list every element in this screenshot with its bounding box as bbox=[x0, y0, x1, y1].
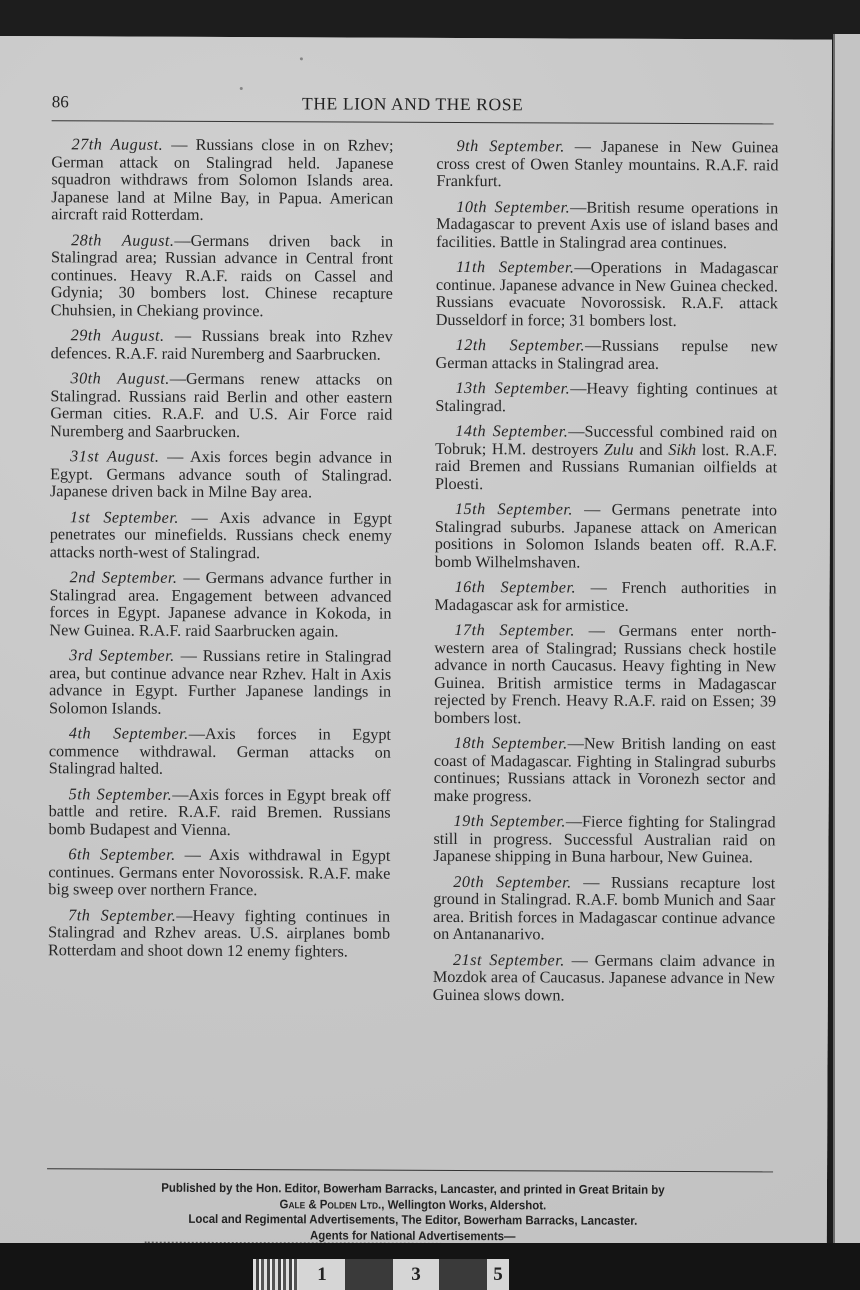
entry-date: 14th September. bbox=[455, 422, 568, 440]
page-header: 86 THE LION AND THE ROSE bbox=[52, 92, 774, 124]
entry-date: 5th September. bbox=[69, 785, 173, 803]
entry-dash: — bbox=[585, 337, 601, 355]
chronology-entry: 10th September.—British resume oper­atio… bbox=[436, 198, 778, 252]
color-scale-bar: 1 3 5 bbox=[253, 1259, 509, 1290]
entry-date: 31st August. bbox=[70, 447, 159, 465]
entry-dash: — bbox=[568, 422, 584, 440]
entry-dash: — bbox=[565, 137, 601, 155]
left-column: 27th August. — Russians close in on Rzhe… bbox=[48, 136, 394, 968]
chronology-entry: 9th September. — Japanese in New Guinea … bbox=[436, 138, 778, 192]
chronology-entry: 19th September.—Fierce fighting for Stal… bbox=[433, 813, 775, 867]
printer-address: , Wellington Works, Aldershot. bbox=[381, 1197, 546, 1212]
entry-dash: — bbox=[170, 370, 186, 388]
scale-bar-dark-patch bbox=[439, 1259, 487, 1290]
scale-bar-label-5: 5 bbox=[487, 1259, 509, 1290]
entry-date: 7th September. bbox=[68, 906, 176, 924]
entry-date: 11th September. bbox=[456, 258, 575, 277]
chronology-entry: 16th September. — French authorities in … bbox=[434, 579, 776, 615]
entry-dash: — bbox=[175, 647, 203, 665]
entry-date: 27th August. bbox=[71, 135, 163, 153]
scale-bar-dark-patch bbox=[345, 1259, 393, 1290]
entry-date: 6th September. bbox=[68, 845, 175, 863]
paper-speck bbox=[300, 57, 303, 60]
chronology-entry: 13th September.—Heavy fighting con­tinue… bbox=[435, 380, 777, 416]
entry-dash: — bbox=[189, 725, 205, 743]
chronology-entry: 21st September. — Germans claim ad­vance… bbox=[433, 951, 775, 1005]
entry-dash: — bbox=[179, 508, 220, 526]
chronology-entry: 12th September.—Russians repulse new Ger… bbox=[436, 337, 778, 373]
entry-dash: — bbox=[575, 622, 619, 640]
entry-dash: — bbox=[159, 448, 190, 466]
scale-bar-label-3: 3 bbox=[393, 1259, 439, 1290]
chronology-entry: 30th August.—Germans renew attacks on St… bbox=[50, 370, 392, 441]
chronology-entry: 1st September. — Axis advance in Egypt p… bbox=[50, 509, 392, 563]
scale-bar-pattern bbox=[253, 1259, 299, 1290]
entry-date: 28th August. bbox=[71, 231, 174, 249]
entry-date: 9th September. bbox=[456, 137, 564, 155]
printer-name: Gale & Polden Ltd. bbox=[280, 1197, 382, 1211]
chronology-entry: 27th August. — Russians close in on Rzhe… bbox=[51, 136, 393, 225]
entry-dash: — bbox=[177, 569, 205, 587]
entry-dash: — bbox=[574, 259, 590, 277]
right-column: 9th September. — Japanese in New Guinea … bbox=[433, 138, 779, 1013]
entry-date: 13th September. bbox=[455, 379, 570, 398]
chronology-entry: 20th September. — Russians recapture los… bbox=[433, 873, 775, 944]
entry-date: 18th September. bbox=[454, 734, 568, 752]
chronology-entry: 11th September.—Operations in Mada­gasca… bbox=[436, 259, 778, 330]
entry-date: 17th September. bbox=[454, 621, 575, 640]
entry-dash: — bbox=[174, 231, 190, 249]
running-title: THE LION AND THE ROSE bbox=[52, 92, 774, 116]
entry-date: 10th September. bbox=[456, 197, 570, 215]
entry-date: 19th September. bbox=[454, 812, 566, 830]
chronology-entry: 28th August.—Germans driven back in Stal… bbox=[51, 232, 393, 321]
chronology-entry: 17th September. — Germans enter north-we… bbox=[434, 622, 776, 728]
ship-name: Sikh bbox=[668, 440, 696, 458]
adjacent-page-edge bbox=[833, 34, 860, 1246]
entry-dash: — bbox=[572, 873, 611, 891]
entry-date: 30th August. bbox=[70, 369, 169, 387]
entry-dash: — bbox=[176, 906, 192, 924]
entry-dash: — bbox=[568, 734, 584, 752]
chronology-entry: 14th September.—Successful combined raid… bbox=[435, 423, 777, 494]
entry-date: 16th September. bbox=[455, 578, 577, 597]
entry-dash: — bbox=[566, 812, 582, 830]
entry-dash: — bbox=[163, 136, 196, 154]
chronology-entry: 7th September.—Heavy fighting con­tinues… bbox=[48, 907, 390, 961]
paper-speck bbox=[379, 258, 382, 261]
entry-date: 3rd September. bbox=[69, 646, 174, 664]
chronology-entry: 31st August. — Axis forces begin ad­vanc… bbox=[50, 448, 392, 502]
chronology-entry: 18th September.—New British landing on e… bbox=[434, 735, 776, 806]
scan-top-border bbox=[0, 0, 860, 38]
chronology-entry: 29th August. — Russians break into Rzhev… bbox=[51, 327, 393, 363]
scale-bar-label-1: 1 bbox=[299, 1259, 345, 1290]
entry-dash: — bbox=[573, 501, 612, 519]
imprint-line-1: Published by the Hon. Editor, Bowerham B… bbox=[80, 1180, 746, 1198]
chronology-entry: 4th September.—Axis forces in Egypt comm… bbox=[49, 725, 391, 779]
chronology-entry: 6th September. — Axis withdrawal in Egyp… bbox=[48, 846, 390, 900]
entry-dash: — bbox=[176, 846, 209, 864]
entry-dash: — bbox=[570, 379, 586, 397]
entry-date: 15th September. bbox=[455, 500, 573, 519]
entry-date: 20th September. bbox=[453, 872, 571, 891]
entry-text-part: and bbox=[634, 440, 669, 458]
chronology-entry: 2nd September. — Germans advance further… bbox=[49, 569, 391, 640]
chronology-entry: 3rd September. — Russians retire in Stal… bbox=[49, 647, 391, 718]
entry-date: 29th August. bbox=[71, 326, 165, 344]
entry-dash: — bbox=[570, 198, 586, 216]
chronology-entry: 5th September.—Axis forces in Egypt brea… bbox=[49, 786, 391, 840]
entry-dash: — bbox=[576, 579, 622, 597]
entry-dash: — bbox=[565, 951, 595, 969]
imprint: Published by the Hon. Editor, Bowerham B… bbox=[80, 1180, 746, 1245]
entry-date: 12th September. bbox=[456, 336, 585, 355]
entry-date: 21st September. bbox=[453, 950, 565, 968]
entry-date: 4th September. bbox=[69, 724, 189, 743]
entry-dash: — bbox=[172, 785, 188, 803]
ship-name: Zulu bbox=[604, 440, 634, 458]
paper-speck bbox=[240, 87, 243, 90]
footer-rule bbox=[47, 1168, 773, 1172]
entry-date: 1st September. bbox=[70, 508, 179, 526]
entry-dash: — bbox=[165, 327, 202, 345]
magazine-page: 86 THE LION AND THE ROSE 27th August. — … bbox=[0, 36, 832, 1248]
chronology-entry: 15th September. — Germans penetrate into… bbox=[435, 501, 777, 572]
entry-date: 2nd September. bbox=[70, 568, 178, 586]
